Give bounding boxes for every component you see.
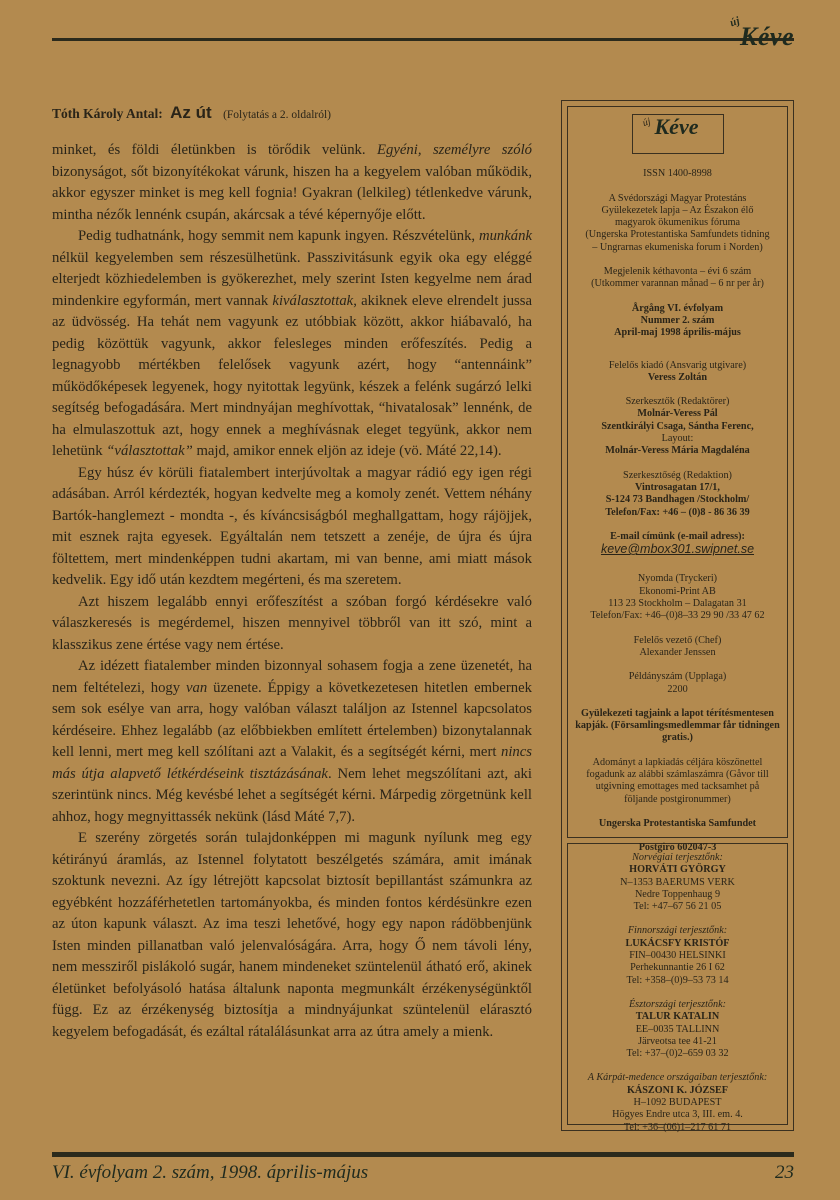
page-number: 23 [775, 1162, 794, 1184]
editor-name: Molnár-Veress Pál [568, 408, 787, 420]
emphasis-text: kiválasztottak [272, 293, 353, 309]
article-paragraph: minket, és földi életünkben is törődik v… [52, 140, 532, 226]
sidebar-logo: új Kéve [632, 114, 724, 154]
body-text: Pedig tudhatnánk, hogy semmit nem kapunk… [78, 228, 479, 244]
layout-label: Layout: [568, 433, 787, 445]
manager-name: Alexander Jenssen [568, 647, 787, 659]
article-paragraph: Pedig tudhatnánk, hogy semmit nem kapunk… [52, 226, 532, 463]
body-text: bizonyságot, sőt bizonyítékokat várunk, … [52, 164, 532, 223]
printer-label: Nyomda (Tryckeri) [568, 573, 787, 585]
printer-line: Telefon/Fax: +46–(0)8–33 29 90 /33 47 62 [568, 610, 787, 622]
publisher-label: Felelős kiadó (Ansvarig utgivare) [568, 360, 787, 372]
publisher: Felelős kiadó (Ansvarig utgivare) Veress… [568, 360, 787, 385]
distributor-name: LUKÁCSFY KRISTÓF [568, 938, 787, 950]
body-text: Egy húsz év körüli fiatalembert interjúv… [52, 465, 532, 589]
sidebar-logo-name: Kéve [655, 121, 699, 133]
distributor-label: A Kárpát-medence országaiban terjesztőnk… [568, 1072, 787, 1084]
frequency-line: Megjelenik kéthavonta – évi 6 szám [568, 266, 787, 278]
colophon-box: új Kéve ISSN 1400-8998 A Svédországi Mag… [567, 106, 788, 838]
distributor-carpathian: A Kárpát-medence országaiban terjesztőnk… [568, 1072, 787, 1133]
distributor-line: Järveotsa tee 41-21 [568, 1036, 787, 1048]
distributor-name: HORVÁTI GYÖRGY [568, 864, 787, 876]
office-line: Vintrosagatan 17/1, [568, 482, 787, 494]
printer: Nyomda (Tryckeri) Ekonomi-Print AB 113 2… [568, 573, 787, 622]
distributor-line: Högyes Endre utca 3, III. em. 4. [568, 1109, 787, 1121]
distributor-label: Finnországi terjesztőnk: [568, 925, 787, 937]
editorial-office: Szerkesztőség (Redaktion) Vintrosagatan … [568, 470, 787, 519]
distributor-finland: Finnországi terjesztőnk: LUKÁCSFY KRISTÓ… [568, 925, 787, 986]
footer-rule [52, 1152, 794, 1157]
distributor-line: Tel: +36–(06)1–217 61 71 [568, 1122, 787, 1134]
distributor-line: N–1353 BAERUMS VERK [568, 877, 787, 889]
article-heading: Tóth Károly Antal: Az út (Folytatás a 2.… [52, 103, 331, 123]
about-line: – Ungrarnas ekumeniska forum i Norden) [568, 242, 787, 254]
issue-line: Årgång VI. évfolyam [568, 303, 787, 315]
distributor-line: EE–0035 TALLINN [568, 1024, 787, 1036]
body-text: minket, és földi életünkben is törődik v… [52, 142, 377, 158]
frequency: Megjelenik kéthavonta – évi 6 szám (Utko… [568, 266, 787, 291]
distributor-line: H–1092 BUDAPEST [568, 1097, 787, 1109]
about-line: Gyülekezetek lapja – Az Északon élő [568, 205, 787, 217]
distributor-norway: Norvégiai terjesztőnk: HORVÁTI GYÖRGY N–… [568, 852, 787, 913]
about-line: magyarok ökumenikus fóruma [568, 217, 787, 229]
distributor-line: Tel: +358–(0)9–53 73 14 [568, 975, 787, 987]
article-title: Az út [170, 103, 212, 122]
office-label: Szerkesztőség (Redaktion) [568, 470, 787, 482]
email-link[interactable]: keve@mbox301.swipnet.se [601, 542, 754, 556]
circulation-label: Példányszám (Upplaga) [568, 671, 787, 683]
distributor-label: Norvégiai terjesztőnk: [568, 852, 787, 864]
about-line: A Svédországi Magyar Protestáns [568, 193, 787, 205]
body-text: , akiknek eleve elrendelt jussa az üdvös… [52, 293, 532, 460]
article-paragraph: Azt hiszem legalább ennyi erőfeszítést a… [52, 592, 532, 657]
distributor-name: TALUR KATALIN [568, 1011, 787, 1023]
article-paragraph: E szerény zörgetés során tulajdonképpen … [52, 828, 532, 1043]
issn: ISSN 1400-8998 [568, 168, 787, 180]
about-line: (Ungerska Protestantiska Samfundets tidn… [568, 229, 787, 241]
body-text: Azt hiszem legalább ennyi erőfeszítést a… [52, 594, 532, 653]
article-continuation: (Folytatás a 2. oldalról) [223, 109, 331, 121]
emphasis-text: munkánk [479, 228, 532, 244]
manager-label: Felelős vezető (Chef) [568, 635, 787, 647]
issue-line: Nummer 2. szám [568, 315, 787, 327]
issue-info: Årgång VI. évfolyam Nummer 2. szám April… [568, 303, 787, 340]
article-paragraph: Egy húsz év körüli fiatalembert interjúv… [52, 463, 532, 592]
account-holder: Ungerska Protestantiska Samfundet [568, 818, 787, 830]
body-text: majd, amikor ennek eljön az ideje (vö. M… [193, 443, 502, 459]
sidebar-logo-uj: új [641, 116, 653, 130]
article-author: Tóth Károly Antal: [52, 106, 163, 121]
emphasis-text: “választottak” [106, 443, 193, 459]
publisher-name: Veress Zoltán [568, 372, 787, 384]
printer-line: 113 23 Stockholm – Dalagatan 31 [568, 598, 787, 610]
body-text: E szerény zörgetés során tulajdonképpen … [52, 830, 532, 1040]
emphasis-text: Egyéni, személyre szóló [377, 142, 532, 158]
manager: Felelős vezető (Chef) Alexander Jenssen [568, 635, 787, 660]
colophon-sidebar: új Kéve ISSN 1400-8998 A Svédországi Mag… [561, 100, 794, 1131]
distributor-line: Tel: +47–67 56 21 05 [568, 901, 787, 913]
distributor-estonia: Észtországi terjesztőnk: TALUR KATALIN E… [568, 999, 787, 1060]
distributor-line: FIN–00430 HELSINKI [568, 950, 787, 962]
office-line: Telefon/Fax: +46 – (0)8 - 86 36 39 [568, 507, 787, 519]
editors: Szerkesztők (Redaktörer) Molnár-Veress P… [568, 396, 787, 457]
article-paragraph: Az idézett fiatalember minden bizonnyal … [52, 656, 532, 828]
email-block: E-mail címünk (e-mail adress): keve@mbox… [568, 531, 787, 558]
emphasis-text: van [186, 680, 207, 696]
circulation: Példányszám (Upplaga) 2200 [568, 671, 787, 696]
editors-label: Szerkesztők (Redaktörer) [568, 396, 787, 408]
header-rule [52, 38, 794, 41]
free-notice: Gyülekezeti tagjaink a lapot térítésment… [568, 708, 787, 745]
frequency-line: (Utkommer varannan månad – 6 nr per år) [568, 278, 787, 290]
editor-name: Szentkirályi Csaga, Sántha Ferenc, [568, 421, 787, 433]
distributors-box: Norvégiai terjesztőnk: HORVÁTI GYÖRGY N–… [567, 843, 788, 1125]
layout-name: Molnár-Veress Mária Magdaléna [568, 445, 787, 457]
distributor-line: Perhekunnantie 26 I 62 [568, 962, 787, 974]
donation-text: Adományt a lapkiadás céljára köszönettel… [568, 757, 787, 806]
circulation-value: 2200 [568, 684, 787, 696]
about-text: A Svédországi Magyar Protestáns Gyülekez… [568, 193, 787, 254]
distributor-line: Nedre Toppenhaug 9 [568, 889, 787, 901]
distributor-label: Észtországi terjesztőnk: [568, 999, 787, 1011]
distributor-name: KÁSZONI K. JÓZSEF [568, 1085, 787, 1097]
article-body: minket, és földi életünkben is törődik v… [52, 140, 532, 1043]
issue-line: April-maj 1998 április-május [568, 327, 787, 339]
distributor-line: Tel: +37–(0)2–659 03 32 [568, 1048, 787, 1060]
printer-line: Ekonomi-Print AB [568, 586, 787, 598]
footer-issue: VI. évfolyam 2. szám, 1998. április-máju… [52, 1162, 368, 1184]
masthead-name: Kéve [740, 22, 794, 51]
masthead-logo: új Kéve [740, 22, 794, 52]
office-line: S-124 73 Bandhagen /Stockholm/ [568, 494, 787, 506]
